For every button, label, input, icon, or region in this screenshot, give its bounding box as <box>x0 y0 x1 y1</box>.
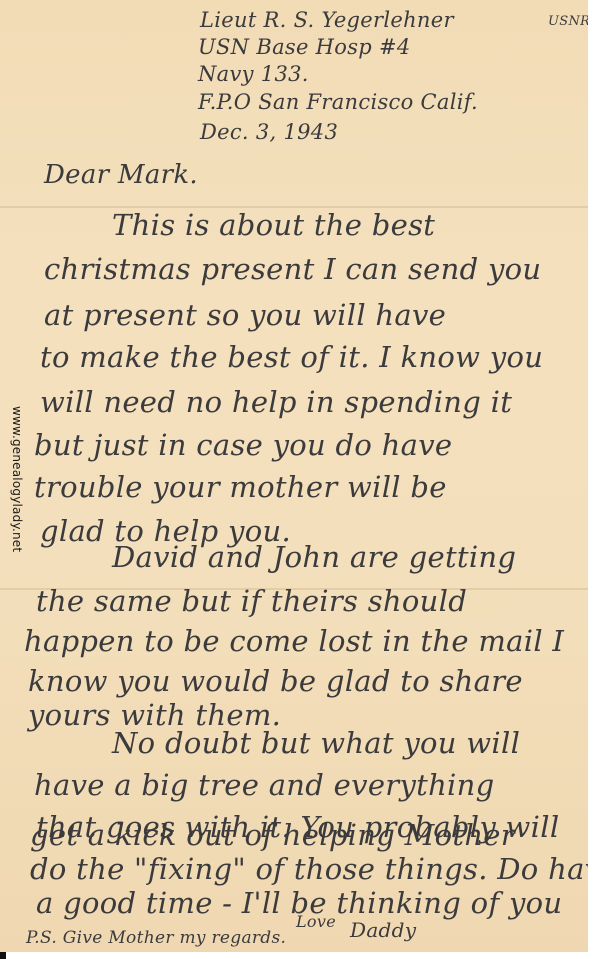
address-line-fpo: F.P.O San Francisco Calif. <box>198 90 478 114</box>
closing: Love <box>296 912 336 931</box>
watermark-url: www.genealogylady.net <box>10 406 24 552</box>
body-line: This is about the best <box>112 208 435 242</box>
body-line: No doubt but what you will <box>112 726 520 760</box>
body-line: get a kick out of helping Mother <box>30 818 515 852</box>
body-line: to make the best of it. I know you <box>40 340 543 374</box>
body-line: have a big tree and everything <box>34 768 494 802</box>
body-line: trouble your mother will be <box>34 470 447 504</box>
sender-name: Lieut R. S. Yegerlehner <box>200 8 454 32</box>
body-line: David and John are getting <box>112 540 516 574</box>
body-line: the same but if theirs should <box>36 584 467 618</box>
salutation: Dear Mark. <box>44 160 198 190</box>
body-line: but just in case you do have <box>34 428 452 462</box>
address-line-unit: USN Base Hosp #4 <box>198 35 411 59</box>
body-line: do the "fixing" of those things. Do have <box>30 852 588 886</box>
signature: Daddy <box>350 918 416 942</box>
letter-page: Lieut R. S. Yegerlehner USNR USN Base Ho… <box>0 0 588 952</box>
letter-date: Dec. 3, 1943 <box>200 120 338 144</box>
postscript: P.S. Give Mother my regards. <box>26 928 286 948</box>
sender-suffix: USNR <box>548 14 588 29</box>
body-line: at present so you will have <box>44 298 446 332</box>
body-line: christmas present I can send you <box>44 252 541 286</box>
body-line: happen to be come lost in the mail I <box>24 624 564 658</box>
address-line-navy: Navy 133. <box>198 62 309 86</box>
body-line: know you would be glad to share <box>28 664 523 698</box>
body-line: will need no help in spending it <box>40 385 512 419</box>
scan-corner-mark <box>0 952 6 959</box>
